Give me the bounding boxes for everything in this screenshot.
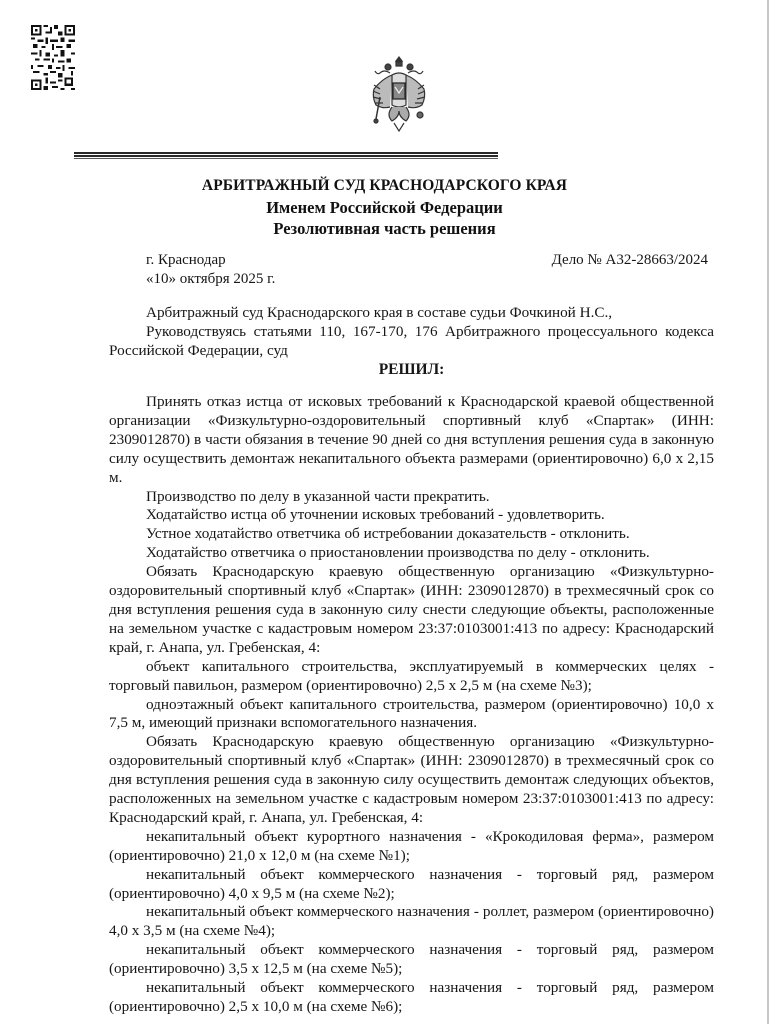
intro-paragraph: Арбитражный суд Краснодарского края в со… [109, 304, 714, 323]
case-number: Дело № А32-28663/2024 [552, 252, 708, 269]
object-item: некапитальный объект курортного назначен… [109, 828, 714, 866]
object-item: некапитальный объект коммерческого назна… [109, 866, 714, 904]
decision-paragraph: Ходатайство ответчика о приостановлении … [109, 544, 714, 563]
intro-block: Арбитражный суд Краснодарского края в со… [109, 304, 714, 380]
object-item: некапитальный объект коммерческого назна… [109, 979, 714, 1017]
object-item: некапитальный объект коммерческого назна… [109, 941, 714, 979]
intro-paragraph: Руководствуясь статьями 110, 167-170, 17… [109, 323, 714, 361]
header-rule [74, 158, 498, 159]
object-item: одноэтажный объект капитального строител… [109, 696, 714, 734]
decision-date: «10» октября 2025 г. [146, 271, 275, 288]
in-the-name-title: Именем Российской Федерации [0, 198, 769, 218]
qr-code-icon [31, 25, 75, 90]
decision-paragraph: Обязать Краснодарскую краевую общественн… [109, 563, 714, 658]
object-item: объект капитального строительства, экспл… [109, 658, 714, 696]
decision-paragraph: Принять отказ истца от исковых требовани… [109, 393, 714, 488]
document-type-title: Резолютивная часть решения [0, 219, 769, 239]
header-rule [74, 155, 498, 157]
coat-of-arms-icon [368, 53, 430, 137]
court-name: АРБИТРАЖНЫЙ СУД КРАСНОДАРСКОГО КРАЯ [0, 177, 769, 195]
header-rule [74, 152, 498, 154]
decision-paragraph: Ходатайство истца об уточнении исковых т… [109, 506, 714, 525]
decided-heading: РЕШИЛ: [109, 361, 714, 380]
decision-paragraph: Производство по делу в указанной части п… [109, 488, 714, 507]
decision-body: Принять отказ истца от исковых требовани… [109, 393, 714, 1017]
object-item: некапитальный объект коммерческого назна… [109, 903, 714, 941]
city: г. Краснодар [146, 252, 226, 269]
decision-paragraph: Устное ходатайство ответчика об истребов… [109, 525, 714, 544]
decision-paragraph: Обязать Краснодарскую краевую общественн… [109, 733, 714, 828]
